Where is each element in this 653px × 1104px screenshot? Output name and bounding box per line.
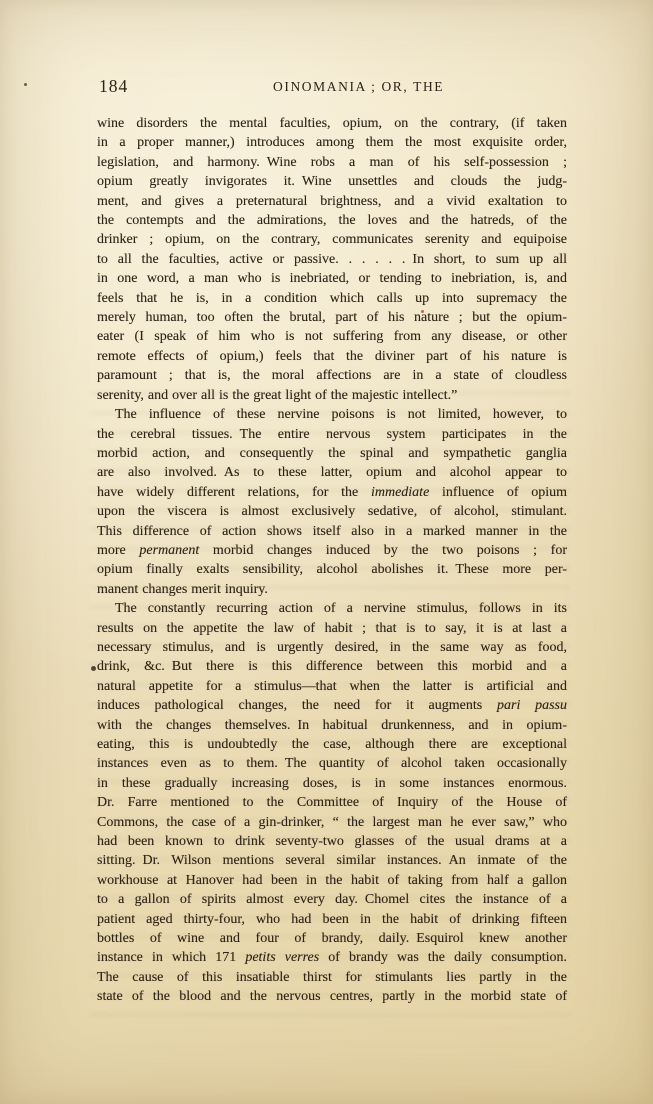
text-line: patient aged thirty-four, who had been i… xyxy=(97,910,567,929)
book-page: 184 OINOMANIA ; OR, THE wine disorders t… xyxy=(0,0,653,1104)
text-line: The cause of this insatiable thirst for … xyxy=(97,968,567,987)
text-line: instance in which 171 petits verres of b… xyxy=(97,948,567,967)
text-line: Dr. Farre mentioned to the Committee of … xyxy=(97,793,567,812)
text-line: Commons, the case of a gin-drinker, “ th… xyxy=(97,813,567,832)
text-line: opium greatly invigorates it. Wine unset… xyxy=(97,172,567,191)
text-line: natural appetite for a stimulus—that whe… xyxy=(97,677,567,696)
text-line: instances even as to them. The quantity … xyxy=(97,754,567,773)
text-line: drink, &c. But there is this difference … xyxy=(97,657,567,676)
text-line: opium finally exalts sensibility, alcoho… xyxy=(97,560,567,579)
running-title: OINOMANIA ; OR, THE xyxy=(273,79,444,95)
text-line: had been known to drink seventy-two glas… xyxy=(97,832,567,851)
page-header: 184 OINOMANIA ; OR, THE xyxy=(0,76,653,98)
text-line: workhouse at Hanover had been in the hab… xyxy=(97,871,567,890)
page-number: 184 xyxy=(99,76,128,97)
text-line: the cerebral tissues. The entire nervous… xyxy=(97,425,567,444)
text-line: The constantly recurring action of a ner… xyxy=(97,599,567,618)
text-line: eating, this is undoubtedly the case, al… xyxy=(97,735,567,754)
paragraph: wine disorders the mental faculties, opi… xyxy=(97,114,567,405)
text-line: This difference of action shows itself a… xyxy=(97,522,567,541)
text-line: state of the blood and the nervous centr… xyxy=(97,987,567,1006)
text-line: upon the viscera is almost exclusively s… xyxy=(97,502,567,521)
text-line: to all the faculties, active or passive.… xyxy=(97,250,567,269)
text-line: to a gallon of spirits almost every day.… xyxy=(97,890,567,909)
text-line: in these gradually increasing doses, is … xyxy=(97,774,567,793)
text-line: drinker ; opium, on the contrary, commun… xyxy=(97,230,567,249)
text-line: The influence of these nervine poisons i… xyxy=(97,405,567,424)
text-line: manent changes merit inquiry. xyxy=(97,580,567,599)
ink-speck xyxy=(91,666,96,671)
text-line: bottles of wine and four of brandy, dail… xyxy=(97,929,567,948)
text-line: merely human, too often the brutal, part… xyxy=(97,308,567,327)
paragraph: The constantly recurring action of a ner… xyxy=(97,599,567,1007)
text-line: are also involved. As to these latter, o… xyxy=(97,463,567,482)
paragraph: The influence of these nervine poisons i… xyxy=(97,405,567,599)
text-line: more permanent morbid changes induced by… xyxy=(97,541,567,560)
text-line: necessary stimulus, and is urgently desi… xyxy=(97,638,567,657)
text-line: sitting. Dr. Wilson mentions several sim… xyxy=(97,851,567,870)
text-line: remote effects of opium,) feels that the… xyxy=(97,347,567,366)
text-line: in a proper manner,) introduces among th… xyxy=(97,133,567,152)
text-line: morbid action, and consequently the spin… xyxy=(97,444,567,463)
text-line: have widely different relations, for the… xyxy=(97,483,567,502)
text-line: paramount ; that is, the moral affection… xyxy=(97,366,567,385)
text-line: results on the appetite the law of habit… xyxy=(97,619,567,638)
text-line: serenity, and over all is the great ligh… xyxy=(97,386,567,405)
text-line: induces pathological changes, the need f… xyxy=(97,696,567,715)
text-line: ment, and gives a preternatural brightne… xyxy=(97,192,567,211)
text-line: with the changes themselves. In habitual… xyxy=(97,716,567,735)
text-line: in one word, a man who is inebriated, or… xyxy=(97,269,567,288)
text-line: legislation, and harmony. Wine robs a ma… xyxy=(97,153,567,172)
body-text: wine disorders the mental faculties, opi… xyxy=(97,114,567,1007)
text-line: feels that he is, in a condition which c… xyxy=(97,289,567,308)
text-line: the contempts and the admirations, the l… xyxy=(97,211,567,230)
text-line: eater (I speak of him who is not sufferi… xyxy=(97,327,567,346)
text-line: wine disorders the mental faculties, opi… xyxy=(97,114,567,133)
